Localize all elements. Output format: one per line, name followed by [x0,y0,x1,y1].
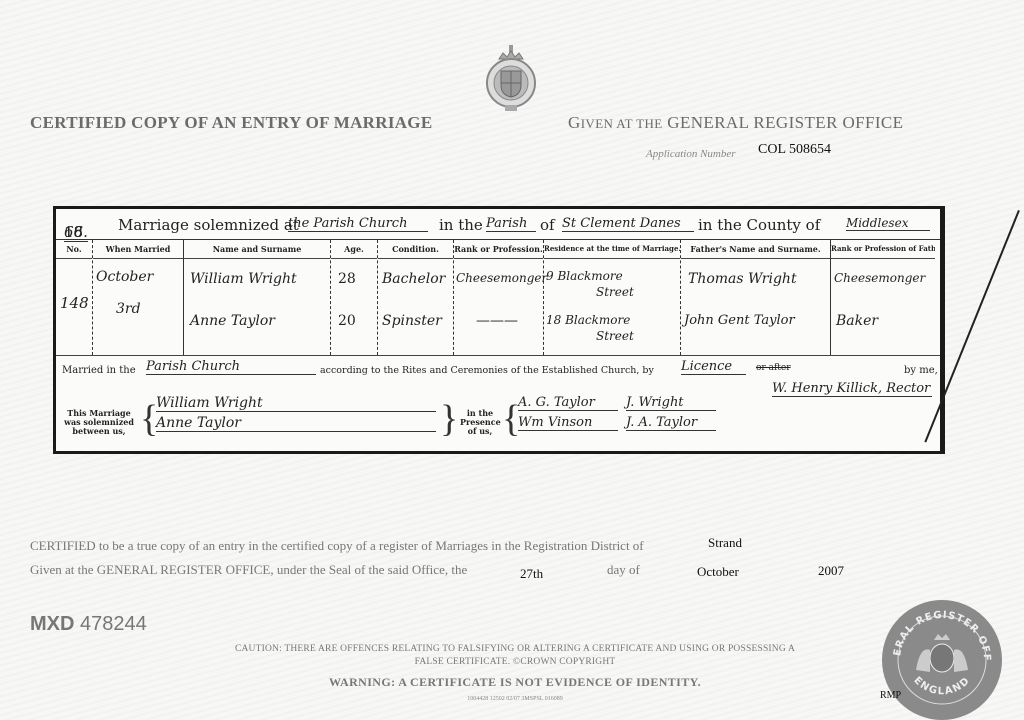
bride-age: 20 [338,313,356,329]
presence-label-line3: of us, [460,427,500,436]
witness-1b-signature: J. Wright [626,395,716,411]
groom-residence-line1: 9 Blackmore [546,269,623,283]
title-prefix-initial: G [568,113,581,132]
certification-line-1: CERTIFIED to be a true copy of an entry … [30,538,644,554]
seal-text-ring-icon: GENERAL REGISTER OFFICE ENGLAND [882,600,1002,720]
row-separator [56,355,940,356]
officiant-signature: W. Henry Killick, Rector [772,381,932,397]
svg-text:ENGLAND: ENGLAND [911,675,972,697]
serial-prefix: MXD [30,613,74,635]
solemnized-at-value: the Parish Church [288,216,428,232]
certification-month: October [697,564,739,580]
register-heading: 1866. Marriage solemnized at the Parish … [56,209,940,240]
issuing-office-title: GIVEN AT THE GENERAL REGISTER OFFICE [568,113,903,133]
certification-line-2: Given at the GENERAL REGISTER OFFICE, un… [30,562,467,578]
groom-condition: Bachelor [382,271,445,287]
rites-label: according to the Rites and Ceremonies of… [320,365,654,376]
application-number-value: COL 508654 [758,142,831,158]
certificate-title: CERTIFIED COPY OF AN ENTRY OF MARRIAGE [30,113,432,133]
right-brace-icon: } [440,399,458,439]
column-divider [543,240,544,355]
groom-father-name: Thomas Wright [688,271,797,287]
column-divider [830,240,831,355]
in-the-label: in the [439,216,483,234]
column-divider [330,240,331,355]
print-codes: 1004428 12502 02/07 3MSPSL 016089 [190,696,840,702]
between-label-line3: between us, [64,427,134,436]
column-divider [183,240,184,355]
caution-line-2: FALSE CERTIFICATE. ©CROWN COPYRIGHT [190,656,840,669]
serial-number: MXD 478244 [30,613,147,636]
parish-type-value: Parish [486,216,536,232]
party-2-signature: Anne Taylor [156,415,436,432]
certification-year: 2007 [818,563,844,579]
royal-crest-icon [482,45,540,113]
of-label: of [540,216,555,234]
married-in-value: Parish Church [146,359,316,375]
serial-digits: 478244 [80,613,147,635]
column-divider [680,240,681,355]
parish-name-value: St Clement Danes [562,216,694,232]
groom-age: 28 [338,271,356,287]
between-us-label: This Marriage was solemnized between us, [64,409,134,436]
solemnized-at-label: Marriage solemnized at [118,216,299,234]
groom-name: William Wright [190,271,297,287]
bride-rank: ——— [476,313,518,329]
column-header-age: Age. [331,240,377,259]
certification-day: 27th [520,566,543,582]
title-office-name: GENERAL REGISTER OFFICE [667,113,903,132]
column-header-condition: Condition. [378,240,453,259]
groom-residence-line2: Street [596,285,634,299]
county-value: Middlesex [846,216,930,231]
bride-name: Anne Taylor [190,313,275,329]
general-register-office-seal: GENERAL REGISTER OFFICE ENGLAND [882,600,1002,720]
application-number-label: Application Number [646,148,736,160]
witness-2a-signature: Wm Vinson [518,415,618,431]
column-divider [453,240,454,355]
by-licence-value: Licence [681,359,746,375]
column-header-residence: Residence at the time of Marriage. [544,240,680,259]
groom-rank: Cheesemonger [456,271,547,285]
witness-2b-signature: J. A. Taylor [626,415,716,431]
county-label: in the County of [698,216,820,234]
bride-residence-line1: 18 Blackmore [546,313,630,327]
bride-condition: Spinster [382,313,442,329]
caution-line-1: CAUTION: THERE ARE OFFENCES RELATING TO … [190,643,840,656]
when-married-month: October [96,269,153,285]
bride-father-name: John Gent Taylor [684,313,795,328]
party-1-signature: William Wright [156,395,436,412]
column-header-rank: Rank or Profession. [454,240,543,259]
entry-number: 148 [60,294,89,312]
by-me-label: by me, [904,365,938,376]
column-header-father-rank: Rank or Profession of Father. [831,240,935,259]
bride-father-rank: Baker [836,313,878,329]
column-divider [377,240,378,355]
struck-text: or after [756,363,791,373]
day-of-label: day of [607,562,640,578]
married-in-label: Married in the [62,365,136,376]
bride-residence-line2: Street [596,329,634,343]
column-header-no: No. [56,240,92,259]
registration-district: Strand [708,535,742,551]
identity-warning: WARNING: A CERTIFICATE IS NOT EVIDENCE O… [190,675,840,690]
groom-father-rank: Cheesemonger [834,271,925,285]
register-entry: 1866. Marriage solemnized at the Parish … [53,206,945,454]
caution-notice: CAUTION: THERE ARE OFFENCES RELATING TO … [190,643,840,669]
when-married-day: 3rd [116,301,141,317]
column-divider [92,240,93,355]
registrar-initials: RMP [880,690,901,701]
title-prefix-smallcaps: IVEN AT THE [581,116,663,131]
column-header-father-name: Father's Name and Surname. [681,240,830,259]
column-header-name: Name and Surname [184,240,330,259]
in-presence-label: in the Presence of us, [460,409,500,436]
witness-1a-signature: A. G. Taylor [518,395,618,411]
column-header-when-married: When Married [93,240,183,259]
